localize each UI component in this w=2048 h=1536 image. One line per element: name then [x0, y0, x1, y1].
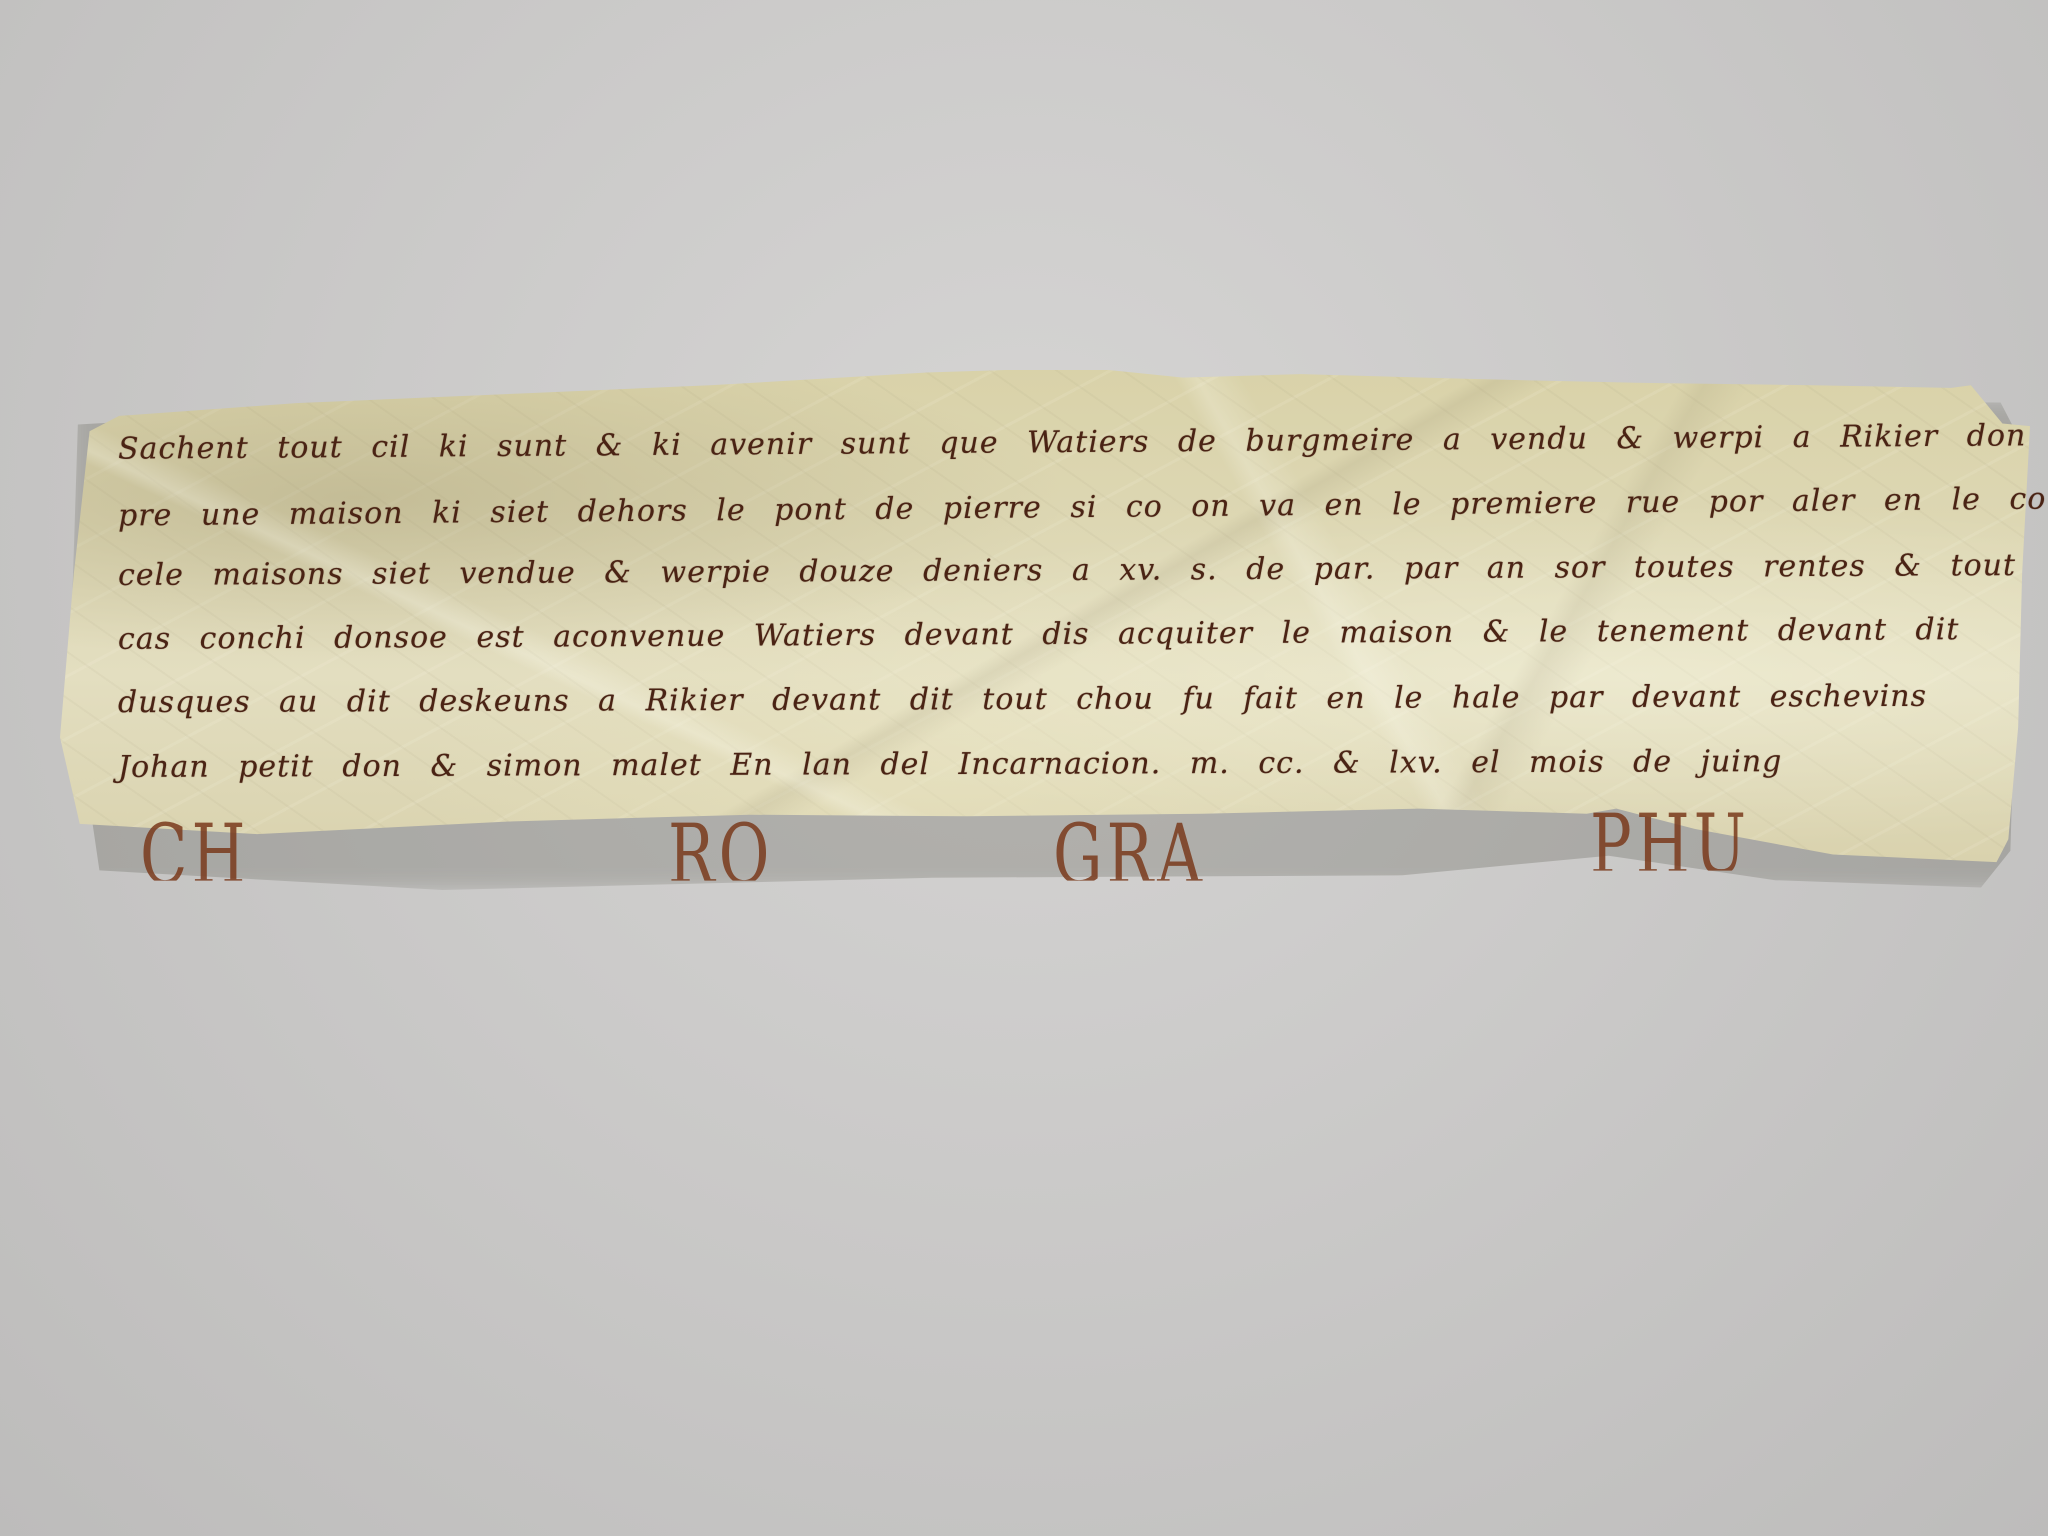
charter-line-5: dusques au dit deskeuns a Rikier devant …: [118, 679, 1927, 720]
chirograph-letters-1: CH: [140, 805, 250, 881]
chirograph-letters-4: PHU: [1590, 795, 1750, 871]
chirograph-letters-2: RO: [668, 805, 774, 881]
chirograph-letters-3: GRA: [1053, 805, 1206, 881]
charter-line-6: Johan petit don & simon malet En lan del…: [118, 744, 1782, 785]
